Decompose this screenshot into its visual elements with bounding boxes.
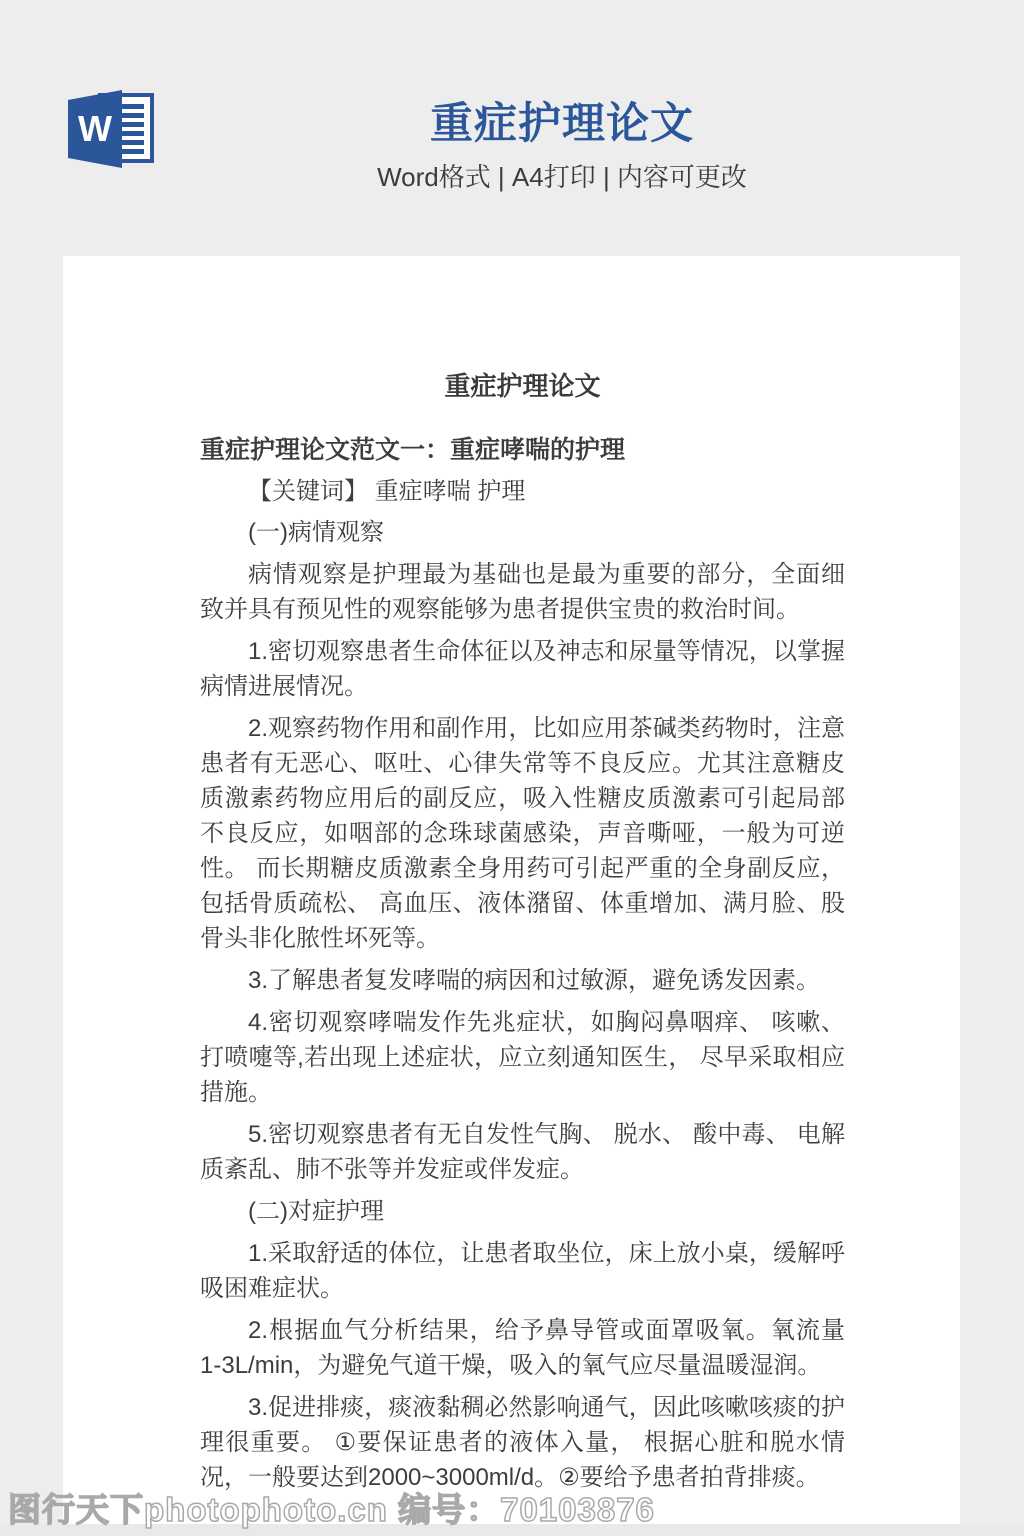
paragraph: 2.观察药物作用和副作用，比如应用茶碱类药物时，注意患者有无恶心、呕吐、心律失常… <box>200 711 845 956</box>
paragraph: 5.密切观察患者有无自发性气胸、 脱水、 酸中毒、 电解质紊乱、肺不张等并发症或… <box>200 1117 845 1187</box>
paragraph: (二)对症护理 <box>200 1194 845 1229</box>
template-subtitle: Word格式 | A4打印 | 内容可更改 <box>0 157 1024 194</box>
header: W 重症护理论文 Word格式 | A4打印 | 内容可更改 <box>0 0 1024 256</box>
watermark-text: 图行天下photophoto.cn 编号：70103876 <box>8 1484 655 1531</box>
paragraph: 病情观察是护理最为基础也是最为重要的部分，全面细致并具有预见性的观察能够为患者提… <box>200 557 845 627</box>
paragraph: 重症护理论文范文一：重症哮喘的护理 <box>200 433 845 468</box>
paragraph: 4.密切观察哮喘发作先兆症状，如胸闷鼻咽痒、 咳嗽、 打喷嚏等,若出现上述症状，… <box>200 1005 845 1110</box>
paragraph: 【关键词】 重症哮喘 护理 <box>200 474 845 509</box>
paragraph: 3.促进排痰，痰液黏稠必然影响通气，因此咳嗽咳痰的护理很重要。 ①要保证患者的液… <box>200 1390 845 1495</box>
paragraph: 3.了解患者复发哮喘的病因和过敏源，避免诱发因素。 <box>200 963 845 998</box>
document-page: 重症护理论文 重症护理论文范文一：重症哮喘的护理【关键词】 重症哮喘 护理(一)… <box>63 256 960 1524</box>
paragraph: 2.根据血气分析结果，给予鼻导管或面罩吸氧。氧流量 1-3L/min，为避免气道… <box>200 1313 845 1383</box>
paragraph: 1.采取舒适的体位，让患者取坐位，床上放小桌，缓解呼吸困难症状。 <box>200 1236 845 1306</box>
document-body: 重症护理论文范文一：重症哮喘的护理【关键词】 重症哮喘 护理(一)病情观察病情观… <box>200 433 845 1495</box>
template-title: 重症护理论文 <box>0 90 1024 151</box>
paragraph: 1.密切观察患者生命体征以及神志和尿量等情况，以掌握病情进展情况。 <box>200 634 845 704</box>
paragraph: (一)病情观察 <box>200 515 845 550</box>
document-title: 重症护理论文 <box>200 366 845 403</box>
